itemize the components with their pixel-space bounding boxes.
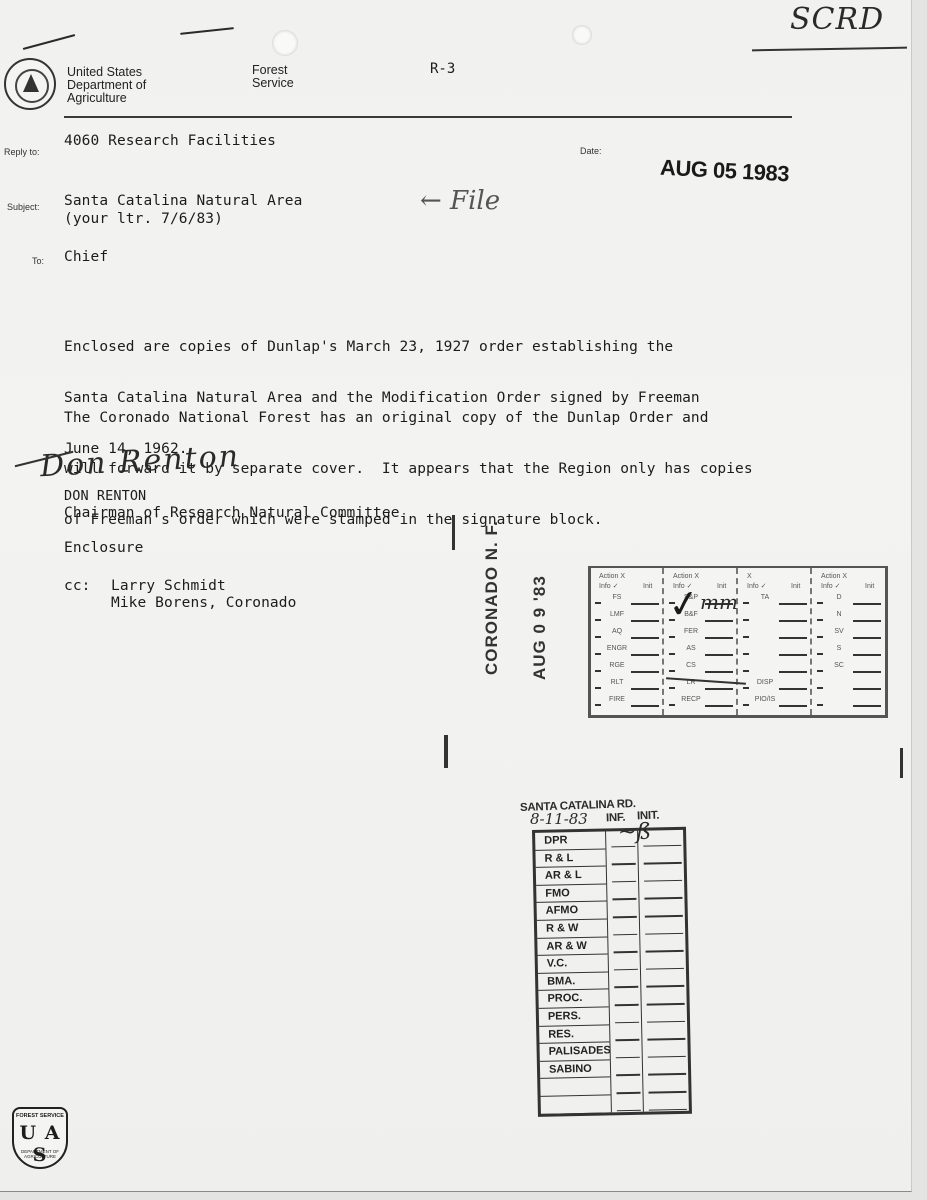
coronado-received-date: AUG 0 9 '83 xyxy=(530,575,550,680)
to-label: To: xyxy=(32,256,44,266)
routing-init-line xyxy=(779,654,807,656)
reply-to-label: Reply to: xyxy=(4,147,40,157)
routing-row: PIO/IS xyxy=(741,696,809,710)
routing-dash xyxy=(595,704,601,706)
office-routing-row xyxy=(541,1095,611,1114)
subject-line-1: Santa Catalina Natural Area xyxy=(64,193,302,210)
routing-dash xyxy=(595,653,601,655)
routing-init-line xyxy=(631,603,659,605)
office-routing-row: AFMO xyxy=(537,902,607,921)
routing-dash xyxy=(669,636,675,638)
handwritten-scrd: SCRD xyxy=(790,2,884,37)
table-divider xyxy=(637,831,644,1112)
office-routing-line xyxy=(612,863,636,865)
routing-init-line xyxy=(853,637,881,639)
date-received-stamp: AUG 05 1983 xyxy=(659,155,789,188)
hole-punch xyxy=(272,30,298,56)
routing-init-line xyxy=(705,688,733,690)
routing-row: AQ xyxy=(593,628,661,642)
office-routing-row: FMO xyxy=(536,884,606,903)
routing-init-line xyxy=(631,705,659,707)
routing-column-header: Action XInfo ✓Init xyxy=(821,572,847,592)
office-routing-row: PERS. xyxy=(539,1007,609,1026)
office-routing-line xyxy=(613,916,637,918)
staple-mark xyxy=(452,515,455,550)
routing-row: RGE xyxy=(593,662,661,676)
initials-scribble: mm xyxy=(700,590,738,614)
staple-mark xyxy=(900,748,903,778)
routing-init-line xyxy=(705,671,733,673)
routing-dash xyxy=(743,687,749,689)
date-label: Date: xyxy=(580,146,602,156)
routing-init-line xyxy=(705,654,733,656)
pen-stroke xyxy=(180,27,234,35)
cc-recipient-2: Mike Borens, Coronado xyxy=(111,595,296,612)
office-routing-row: PALISADES xyxy=(539,1043,609,1062)
routing-row: AS xyxy=(667,645,735,659)
routing-init-line xyxy=(631,620,659,622)
office-routing-line xyxy=(612,881,636,883)
routing-row: ENGR xyxy=(593,645,661,659)
subject-line-2: (your ltr. 7/6/83) xyxy=(64,211,223,228)
routing-row xyxy=(741,611,809,625)
routing-dash xyxy=(817,670,823,672)
office-routing-line xyxy=(616,1074,640,1076)
cc-label: cc: xyxy=(64,578,91,595)
routing-init-line xyxy=(705,705,733,707)
office-routing-line xyxy=(645,915,683,917)
office-routing-line xyxy=(615,1039,639,1041)
routing-row: SV xyxy=(815,628,883,642)
office-routing-row: PROC. xyxy=(538,990,608,1009)
routing-init-line xyxy=(705,620,733,622)
office-routing-line xyxy=(647,1003,685,1005)
routing-init-line xyxy=(853,603,881,605)
routing-dash xyxy=(743,653,749,655)
routing-row xyxy=(741,645,809,659)
office-routing-line xyxy=(649,1108,687,1110)
office-routing-line xyxy=(646,950,684,952)
office-routing-table: DPRR & LAR & LFMOAFMOR & WAR & WV.C.BMA.… xyxy=(532,827,692,1117)
routing-dash xyxy=(669,670,675,672)
routing-row: CS xyxy=(667,662,735,676)
routing-init-line xyxy=(779,688,807,690)
office-routing-row xyxy=(540,1078,610,1097)
office-routing-line xyxy=(614,986,638,988)
form-code: R-3 xyxy=(430,61,455,77)
office-routing-line xyxy=(617,1092,641,1094)
routing-init-line xyxy=(853,671,881,673)
routing-row: FS xyxy=(593,594,661,608)
routing-init-line xyxy=(853,620,881,622)
routing-init-line xyxy=(853,654,881,656)
office-routing-line xyxy=(613,933,637,935)
routing-dash xyxy=(743,704,749,706)
routing-dash xyxy=(817,704,823,706)
routing-row: FER xyxy=(667,628,735,642)
routing-dash xyxy=(817,653,823,655)
office-routing-line xyxy=(611,845,635,847)
routing-dash xyxy=(743,636,749,638)
office-routing-line xyxy=(615,1021,639,1023)
routing-init-line xyxy=(779,671,807,673)
hole-punch xyxy=(572,25,592,45)
routing-dash xyxy=(669,704,675,706)
office-routing-line xyxy=(646,985,684,987)
routing-row: RECP xyxy=(667,696,735,710)
routing-dash xyxy=(595,670,601,672)
routing-column: XInfo ✓InitTADISPPIO/IS xyxy=(739,568,812,715)
scrd-underline xyxy=(752,47,907,51)
coronado-received-stamp: CORONADO N. F. xyxy=(482,520,502,675)
office-routing-row: DPR xyxy=(535,831,605,850)
to-value: Chief xyxy=(64,249,108,266)
agency-name: United States Department of Agriculture xyxy=(67,66,146,105)
routing-init-line xyxy=(631,637,659,639)
office-routing-line xyxy=(649,1091,687,1093)
routing-init-line xyxy=(631,654,659,656)
office-routing-row: SABINO xyxy=(540,1060,610,1079)
office-routing-line xyxy=(648,1073,686,1075)
routing-column: Action XInfo ✓InitFSLMFAQENGRRGERLTFIRE xyxy=(591,568,664,715)
initials-handwritten: ~ß xyxy=(618,820,651,845)
routing-dash xyxy=(669,687,675,689)
routing-init-line xyxy=(779,620,807,622)
letterhead-rule xyxy=(64,116,792,118)
usda-seal-icon xyxy=(4,58,56,110)
routing-column: Action XInfo ✓InitDNSVSSC xyxy=(813,568,886,715)
routing-init-line xyxy=(631,671,659,673)
office-routing-line xyxy=(614,969,638,971)
routing-row: FIRE xyxy=(593,696,661,710)
routing-init-line xyxy=(853,688,881,690)
office-routing-line xyxy=(648,1056,686,1058)
reply-to-value: 4060 Research Facilities xyxy=(64,133,276,150)
routing-dash xyxy=(817,636,823,638)
routing-column-header: Action XInfo ✓Init xyxy=(599,572,625,592)
routing-dash xyxy=(817,619,823,621)
office-routing-date: 8-11-83 xyxy=(530,810,588,828)
routing-row: D xyxy=(815,594,883,608)
routing-row xyxy=(815,679,883,693)
signer-title: Chairman of Research Natural Committee xyxy=(64,505,400,522)
routing-dash xyxy=(817,602,823,604)
routing-init-line xyxy=(779,637,807,639)
office-routing-line xyxy=(616,1057,640,1059)
office-routing-line xyxy=(617,1109,641,1111)
staple-mark xyxy=(444,735,448,768)
office-routing-line xyxy=(644,880,682,882)
office-routing-line xyxy=(646,968,684,970)
routing-dash xyxy=(669,653,675,655)
routing-row xyxy=(741,628,809,642)
routing-init-line xyxy=(853,705,881,707)
checkmark-icon: ✓ xyxy=(665,580,703,628)
office-routing-row: R & W xyxy=(537,919,607,938)
signer-name: DON RENTON xyxy=(64,488,146,505)
routing-init-line xyxy=(631,688,659,690)
office-routing-line xyxy=(644,862,682,864)
routing-dash xyxy=(743,670,749,672)
routing-dash xyxy=(595,602,601,604)
routing-stamp: Action XInfo ✓InitFSLMFAQENGRRGERLTFIREA… xyxy=(588,566,888,718)
office-routing-row: AR & W xyxy=(537,937,607,956)
routing-row: SC xyxy=(815,662,883,676)
routing-row: TA xyxy=(741,594,809,608)
routing-dash xyxy=(595,619,601,621)
subject-label: Subject: xyxy=(7,202,40,212)
office-routing-line xyxy=(647,1038,685,1040)
office-routing-line xyxy=(612,898,636,900)
routing-row: N xyxy=(815,611,883,625)
routing-init-line xyxy=(779,705,807,707)
office-routing-line xyxy=(614,951,638,953)
handwritten-file-note: ← File xyxy=(420,186,500,216)
routing-column-header: XInfo ✓Init xyxy=(747,572,767,592)
service-name: Forest Service xyxy=(252,64,294,90)
routing-row: LMF xyxy=(593,611,661,625)
cc-recipient-1: Larry Schmidt xyxy=(111,578,226,595)
office-routing-row: AR & L xyxy=(536,867,606,886)
letter-page: SCRD United States Department of Agricul… xyxy=(0,0,912,1192)
routing-dash xyxy=(595,687,601,689)
office-routing-row: RES. xyxy=(539,1025,609,1044)
office-routing-line xyxy=(644,897,682,899)
routing-dash xyxy=(743,602,749,604)
forest-service-shield-logo: FOREST SERVICE U A S DEPARTMENT OF AGRIC… xyxy=(12,1107,68,1169)
office-routing-row: R & L xyxy=(535,849,605,868)
routing-dash xyxy=(817,687,823,689)
routing-init-line xyxy=(705,637,733,639)
office-routing-line xyxy=(645,932,683,934)
routing-dash xyxy=(595,636,601,638)
routing-row: S xyxy=(815,645,883,659)
routing-row: RLT xyxy=(593,679,661,693)
pen-stroke xyxy=(23,34,76,50)
routing-dash xyxy=(743,619,749,621)
office-routing-row: V.C. xyxy=(538,955,608,974)
office-routing-row: BMA. xyxy=(538,972,608,991)
office-routing-line xyxy=(647,1020,685,1022)
routing-row xyxy=(815,696,883,710)
office-routing-line xyxy=(615,1004,639,1006)
routing-row xyxy=(741,662,809,676)
routing-init-line xyxy=(779,603,807,605)
enclosure-note: Enclosure xyxy=(64,540,143,557)
routing-row: DISP xyxy=(741,679,809,693)
